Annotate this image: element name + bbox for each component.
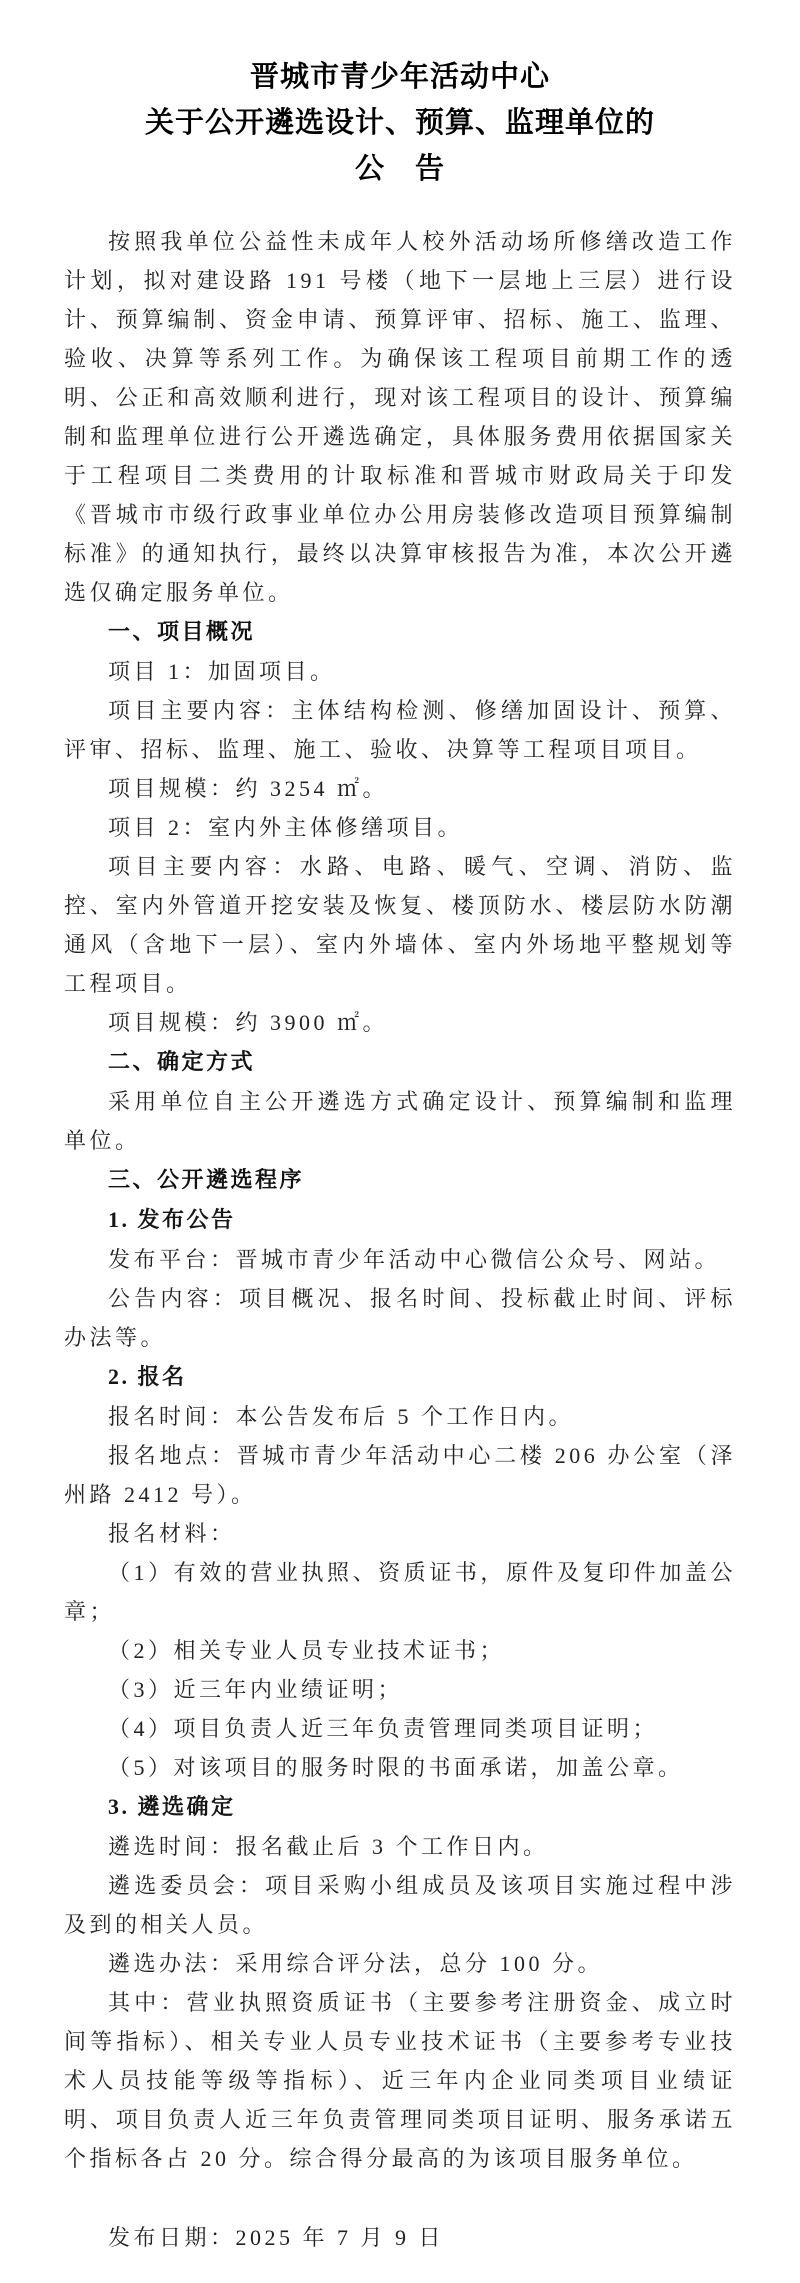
material-item-5: （5）对该项目的服务时限的书面承诺，加盖公章。 xyxy=(64,1748,736,1787)
announcement-content: 公告内容：项目概况、报名时间、投标截止时间、评标办法等。 xyxy=(64,1279,736,1357)
selection-time: 遴选时间：报名截止后 3 个工作日内。 xyxy=(64,1827,736,1866)
section-heading-3: 三、公开遴选程序 xyxy=(64,1160,736,1200)
selection-method: 遴选办法：采用综合评分法，总分 100 分。 xyxy=(64,1944,736,1983)
material-item-2: （2）相关专业人员专业技术证书； xyxy=(64,1631,736,1670)
publish-platform: 发布平台：晋城市青少年活动中心微信公众号、网站。 xyxy=(64,1240,736,1279)
title-line-1: 晋城市青少年活动中心 xyxy=(64,54,736,100)
title-line-2: 关于公开遴选设计、预算、监理单位的 xyxy=(64,100,736,146)
document-title: 晋城市青少年活动中心 关于公开遴选设计、预算、监理单位的 公 告 xyxy=(64,0,736,192)
title-line-3: 公 告 xyxy=(64,146,736,192)
announcement-document: 晋城市青少年活动中心 关于公开遴选设计、预算、监理单位的 公 告 按照我单位公益… xyxy=(0,0,800,2283)
material-item-1: （1）有效的营业执照、资质证书，原件及复印件加盖公章； xyxy=(64,1553,736,1631)
material-item-3: （3）近三年内业绩证明； xyxy=(64,1670,736,1709)
section-heading-1: 一、项目概况 xyxy=(64,612,736,652)
project-1-name: 项目 1：加固项目。 xyxy=(64,652,736,691)
project-1-scale: 项目规模：约 3254 ㎡。 xyxy=(64,769,736,808)
scoring-criteria: 其中：营业执照资质证书（主要参考注册资金、成立时间等指标）、相关专业人员专业技术… xyxy=(64,1983,736,2178)
project-2-name: 项目 2：室内外主体修缮项目。 xyxy=(64,808,736,847)
project-1-content: 项目主要内容：主体结构检测、修缮加固设计、预算、评审、招标、监理、施工、验收、决… xyxy=(64,691,736,769)
registration-time: 报名时间：本公告发布后 5 个工作日内。 xyxy=(64,1397,736,1436)
registration-location: 报名地点：晋城市青少年活动中心二楼 206 办公室（泽州路 2412 号）。 xyxy=(64,1436,736,1514)
sub-heading-publish: 1. 发布公告 xyxy=(64,1200,736,1240)
selection-committee: 遴选委员会：项目采购小组成员及该项目实施过程中涉及到的相关人员。 xyxy=(64,1866,736,1944)
section-heading-2: 二、确定方式 xyxy=(64,1042,736,1082)
publish-date: 发布日期：2025 年 7 月 9 日 xyxy=(64,2218,736,2257)
document-body: 按照我单位公益性未成年人校外活动场所修缮改造工作计划，拟对建设路 191 号楼（… xyxy=(64,222,736,2257)
sub-heading-registration: 2. 报名 xyxy=(64,1357,736,1397)
intro-paragraph: 按照我单位公益性未成年人校外活动场所修缮改造工作计划，拟对建设路 191 号楼（… xyxy=(64,222,736,612)
material-item-4: （4）项目负责人近三年负责管理同类项目证明； xyxy=(64,1709,736,1748)
project-2-content: 项目主要内容：水路、电路、暖气、空调、消防、监控、室内外管道开挖安装及恢复、楼顶… xyxy=(64,847,736,1003)
determination-method: 采用单位自主公开遴选方式确定设计、预算编制和监理单位。 xyxy=(64,1082,736,1160)
sub-heading-selection: 3. 遴选确定 xyxy=(64,1787,736,1827)
registration-materials-label: 报名材料： xyxy=(64,1514,736,1553)
project-2-scale: 项目规模：约 3900 ㎡。 xyxy=(64,1003,736,1042)
